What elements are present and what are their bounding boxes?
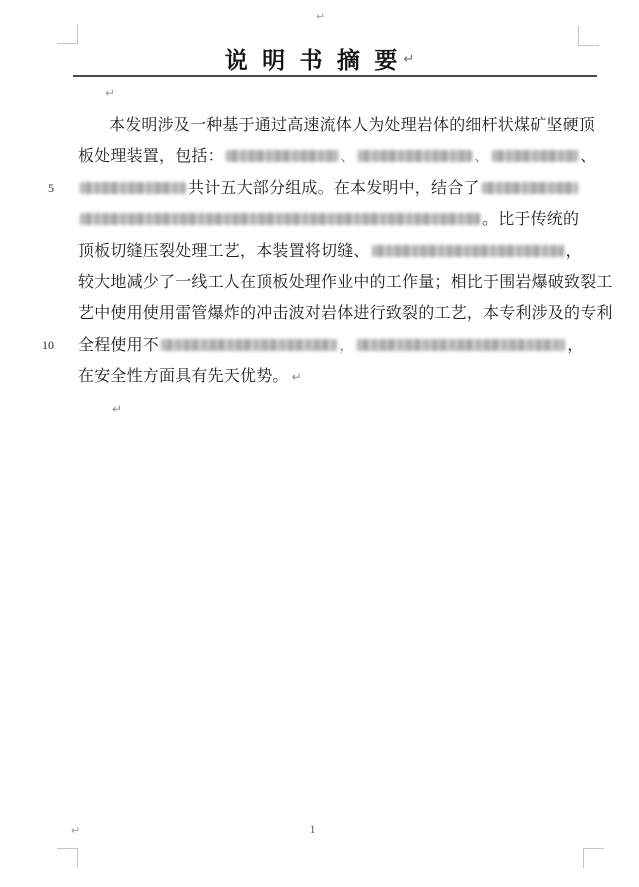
redacted-run — [492, 150, 578, 162]
document-line: 本发明涉及一种基于通过高速流体人为处理岩体的细杆状煤矿坚硬顶 — [78, 110, 594, 141]
text-boundary-corner-top-left — [57, 24, 78, 44]
text-run: 全程使用不 — [78, 337, 159, 354]
title-row: 说 明 书 摘 要↵ — [0, 42, 639, 75]
redacted-run — [357, 339, 565, 351]
paragraph-mark: ↵ — [292, 370, 302, 384]
paragraph-mark: ↵ — [403, 51, 414, 66]
paragraph-mark: ↵ — [112, 402, 122, 416]
text-run: ， — [567, 337, 583, 354]
redacted-run — [80, 213, 480, 225]
text-run: 较大地减少了一线工人在顶板处理作业中的工作量；相比于围岩爆破致裂工 — [78, 274, 613, 291]
document-line: 较大地减少了一线工人在顶板处理作业中的工作量；相比于围岩爆破致裂工 — [78, 267, 594, 298]
redacted-run — [372, 245, 564, 257]
text-run: ， — [339, 337, 355, 354]
text-run: 。比于传统的 — [482, 211, 579, 228]
redacted-run — [358, 150, 472, 162]
document-line: 全程使用不，， — [78, 330, 594, 361]
page-number: 1 — [0, 822, 625, 837]
paragraph-mark: ↵ — [316, 10, 325, 23]
document-line: ↵ — [78, 393, 594, 424]
text-run: 在安全性方面具有先天优势。 — [78, 368, 289, 385]
margin-line-number: 10 — [28, 330, 54, 361]
text-boundary-corner-bottom-left — [57, 848, 78, 868]
text-run: 、 — [340, 148, 356, 165]
text-run: 、 — [580, 148, 596, 165]
document-line: 板处理装置，包括：、、、 — [78, 141, 594, 172]
document-line: 顶板切缝压裂处理工艺，本装置将切缝、， — [78, 236, 594, 267]
text-run: ， — [566, 243, 582, 260]
document-line: 。比于传统的 — [78, 204, 594, 235]
text-run: 艺中使用使用雷管爆炸的冲击波对岩体进行致裂的工艺，本专利涉及的专利 — [78, 305, 613, 322]
text-boundary-corner-bottom-right — [583, 848, 604, 868]
redacted-run — [226, 150, 338, 162]
text-run: 板处理装置，包括： — [78, 148, 224, 165]
text-run: 共计五大部分组成。在本发明中，结合了 — [188, 180, 480, 197]
text-run: 、 — [474, 148, 490, 165]
document-body: 本发明涉及一种基于通过高速流体人为处理岩体的细杆状煤矿坚硬顶板处理装置，包括：、… — [78, 110, 594, 424]
text-run: 顶板切缝压裂处理工艺，本装置将切缝、 — [78, 243, 370, 260]
text-run: 本发明涉及一种基于通过高速流体人为处理岩体的细杆状煤矿坚硬顶 — [109, 117, 595, 134]
title-underline-rule — [73, 75, 597, 77]
document-page: ↵ 说 明 书 摘 要↵ ↵ 本发明涉及一种基于通过高速流体人为处理岩体的细杆状… — [0, 0, 639, 887]
redacted-run — [80, 182, 186, 194]
paragraph-mark: ↵ — [71, 826, 80, 837]
redacted-run — [161, 339, 337, 351]
page-title: 说 明 书 摘 要 — [225, 42, 402, 75]
document-line: 共计五大部分组成。在本发明中，结合了 — [78, 173, 594, 204]
document-line: 艺中使用使用雷管爆炸的冲击波对岩体进行致裂的工艺，本专利涉及的专利 — [78, 298, 594, 329]
paragraph-mark: ↵ — [105, 87, 115, 99]
redacted-run — [482, 182, 578, 194]
document-line: 在安全性方面具有先天优势。↵ — [78, 361, 594, 392]
margin-line-number: 5 — [28, 173, 54, 204]
